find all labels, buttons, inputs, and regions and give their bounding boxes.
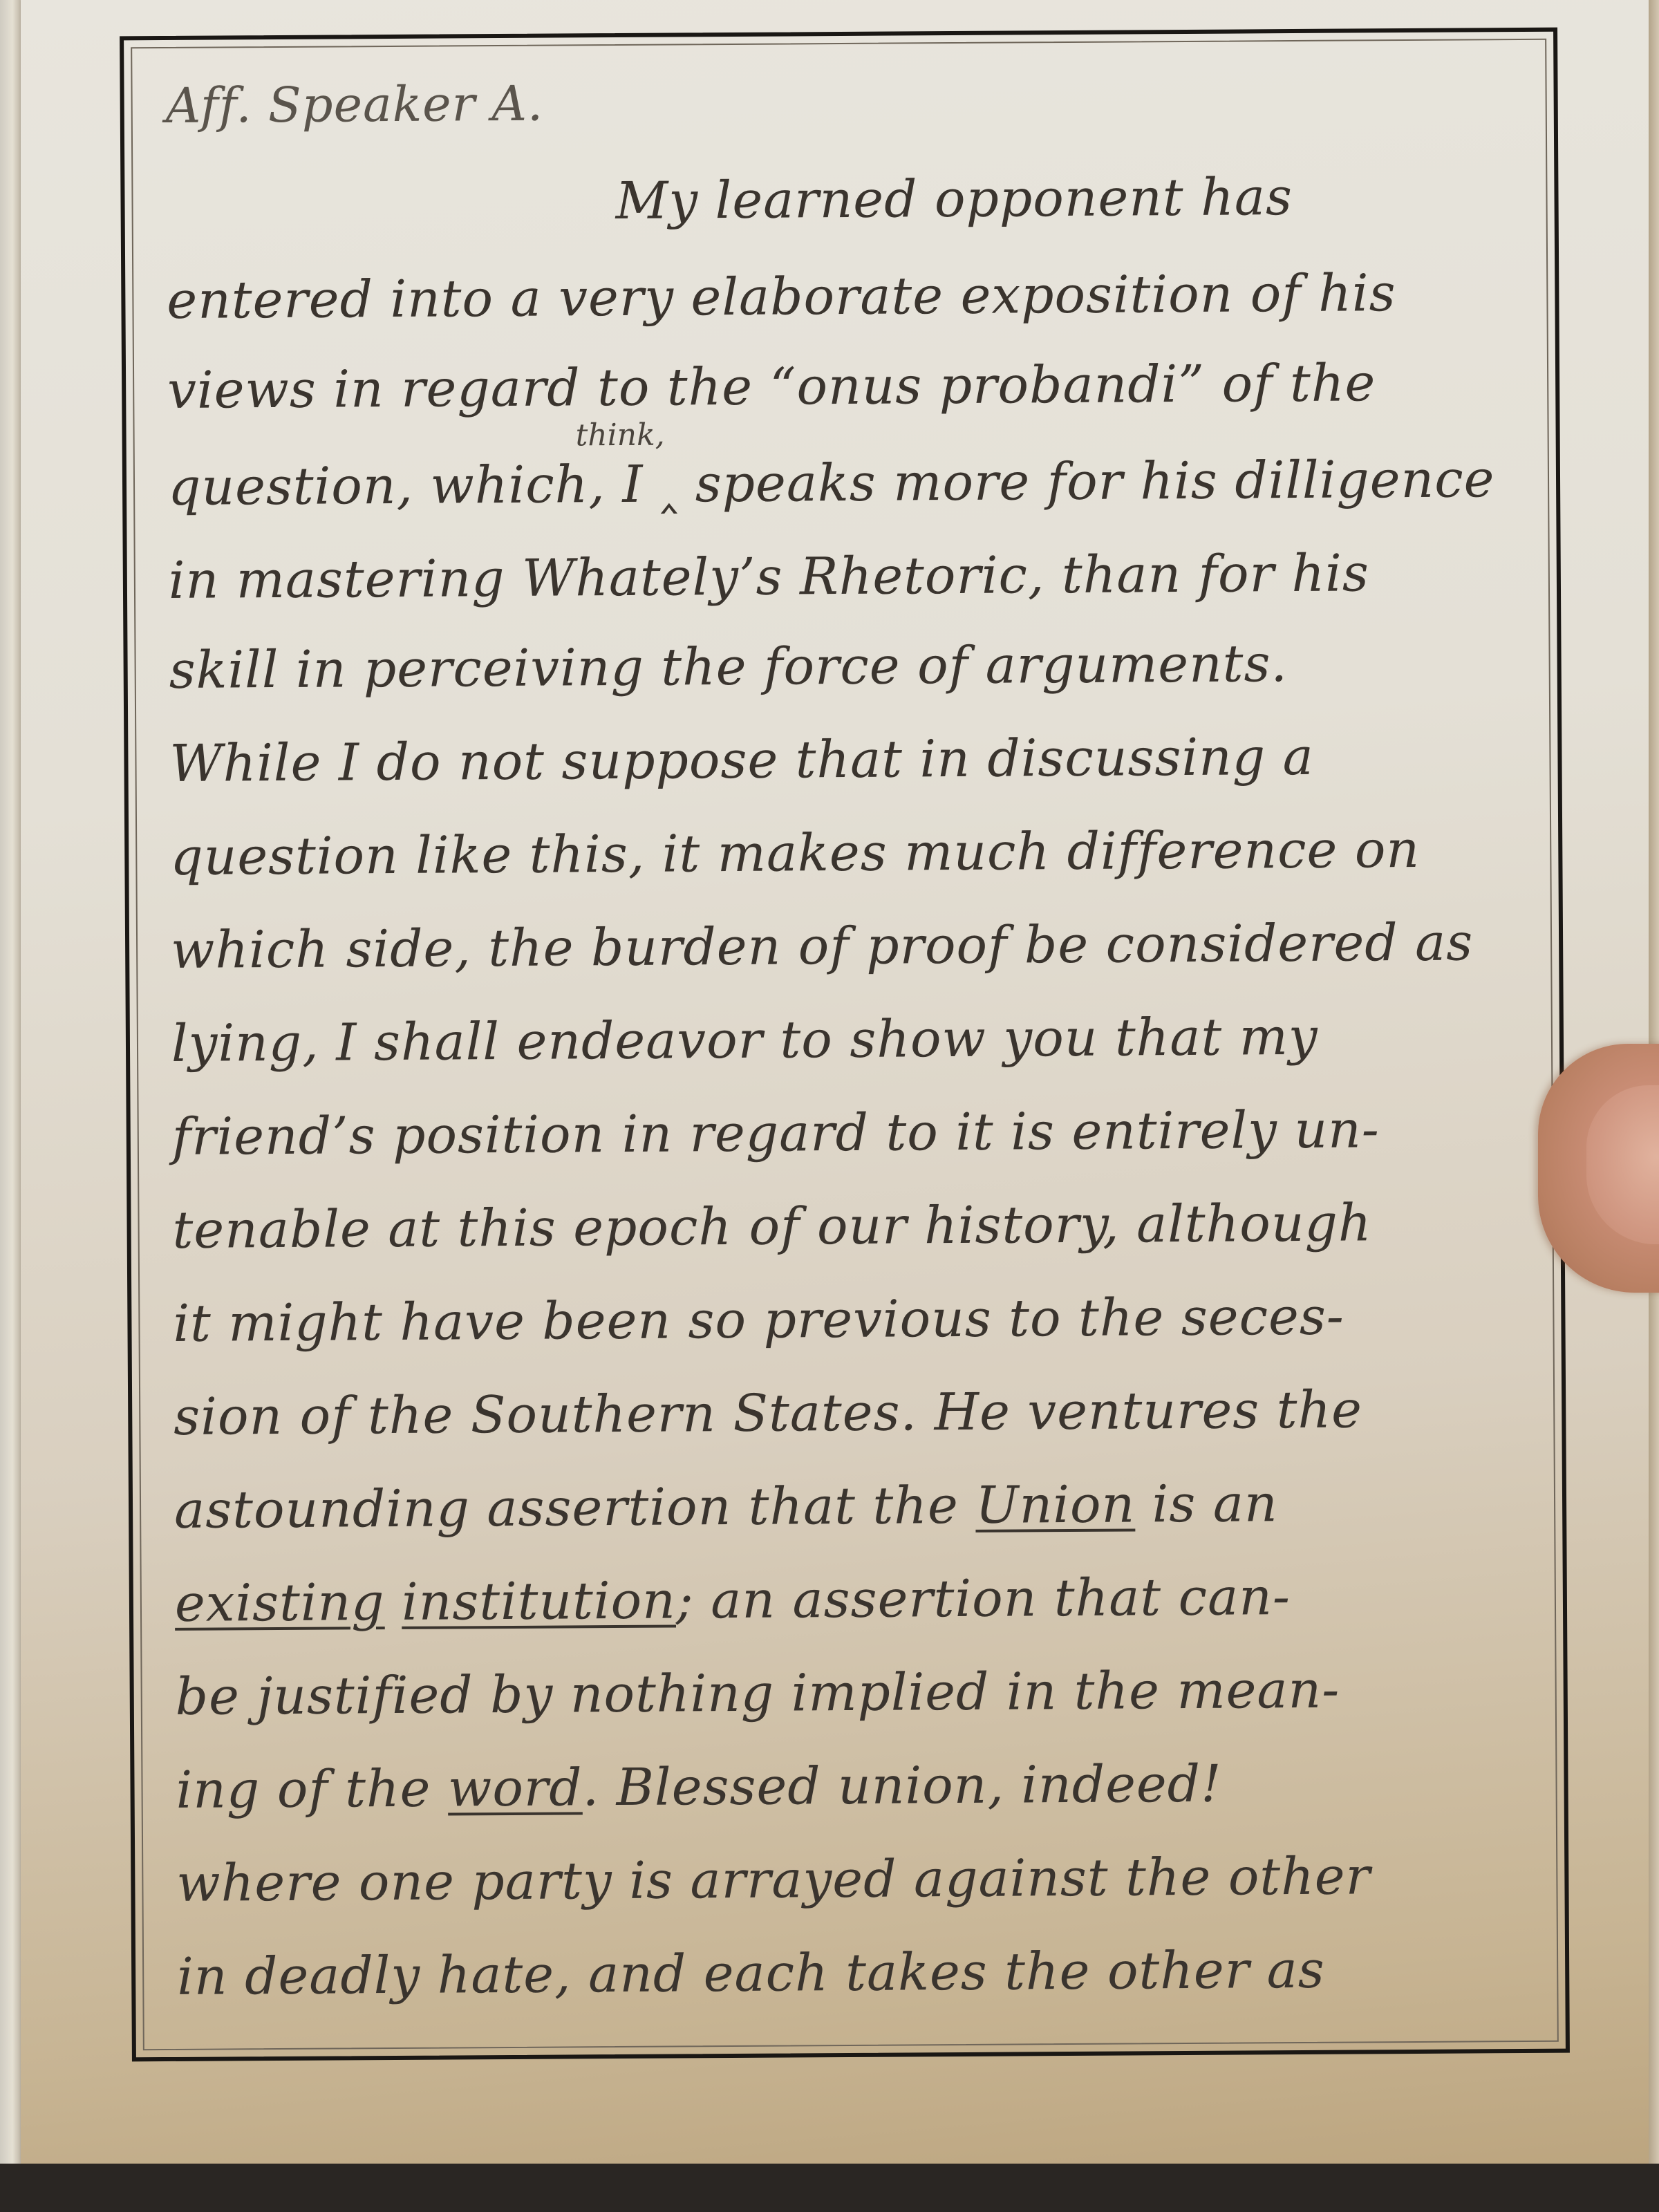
manuscript-line: views in regard to the “onus probandi” o… [167, 357, 1521, 416]
manuscript-line: skill in perceiving the force of argumen… [169, 637, 1522, 696]
underlined-word: institution [402, 1571, 676, 1632]
manuscript-line: lying, I shall endeavor to show you that… [171, 1010, 1525, 1069]
dark-background [0, 2164, 1659, 2212]
manuscript-line: ing of the word. Blessed union, indeed! [176, 1756, 1529, 1816]
manuscript-line: friend’s position in regard to it is ent… [172, 1103, 1526, 1163]
manuscript-line: in deadly hate, and each takes the other… [177, 1943, 1530, 2003]
underlined-word: Union [975, 1474, 1135, 1535]
line-text: astounding assertion that the [174, 1476, 976, 1540]
manuscript-line: While I do not suppose that in discussin… [169, 730, 1523, 789]
manuscript-line: which side, the burden of proof be consi… [171, 917, 1524, 976]
manuscript-line: astounding assertion that the Union is a… [174, 1477, 1528, 1536]
manuscript-line: in mastering Whately’s Rhetoric, than fo… [169, 547, 1522, 606]
manuscript-line: entered into a very elaborate exposition… [167, 267, 1520, 326]
line-text: ing of the [176, 1759, 448, 1820]
underlined-word: existing [175, 1573, 385, 1633]
speaker-heading: Aff. Speaker A. [165, 73, 1519, 130]
line-text: ; an assertion that can- [676, 1567, 1291, 1630]
manuscript-line: sion of the Southern States. He ventures… [174, 1383, 1527, 1443]
manuscript-line: existing institution; an assertion that … [175, 1570, 1528, 1629]
underlined-word: word [448, 1758, 583, 1818]
manuscript-line: question, which, I ‸ speaks more for his… [168, 453, 1521, 513]
manuscript-line: where one party is arrayed against the o… [176, 1850, 1530, 1909]
adjacent-page-edge [0, 0, 21, 2212]
page-border-frame: Aff. Speaker A. My learned opponent has … [120, 28, 1570, 2062]
line-text [384, 1573, 402, 1632]
line-text: is an [1135, 1474, 1278, 1534]
manuscript-line: tenable at this epoch of our history, al… [172, 1197, 1526, 1256]
manuscript-line: it might have been so previous to the se… [173, 1290, 1526, 1349]
line-text: . Blessed union, indeed! [582, 1754, 1222, 1818]
manuscript-text-block: Aff. Speaker A. My learned opponent has … [144, 53, 1544, 2036]
manuscript-page: Aff. Speaker A. My learned opponent has … [21, 0, 1649, 2164]
manuscript-line: question like this, it makes much differ… [170, 823, 1524, 883]
manuscript-line: be justified by nothing implied in the m… [176, 1663, 1529, 1723]
interlinear-insertion: think, [575, 418, 664, 453]
manuscript-line: My learned opponent has [615, 170, 1519, 227]
thumbnail-highlight [1586, 1085, 1659, 1244]
